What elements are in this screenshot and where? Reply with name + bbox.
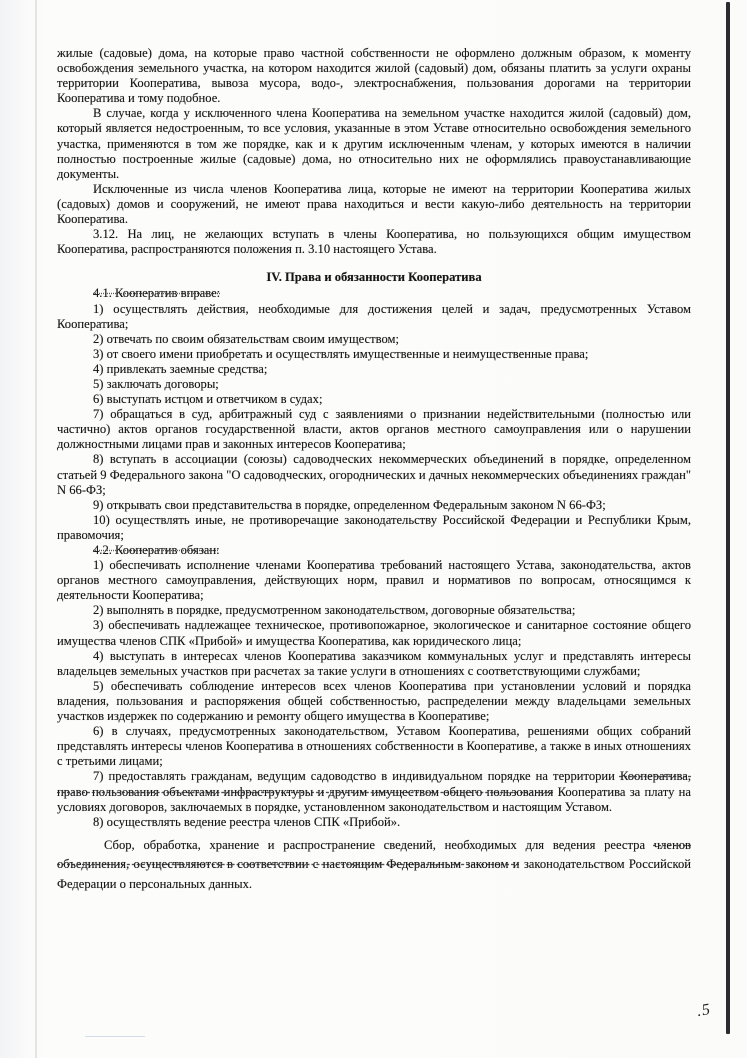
scan-edge-line [726, 2, 730, 1034]
clause-42-label-text: 4.2. Кооператив обязан: [93, 543, 220, 557]
document-text-block: жилые (садовые) дома, на которые право ч… [57, 46, 691, 894]
scanned-document-page: жилые (садовые) дома, на которые право ч… [0, 0, 747, 1058]
list-item: 4) привлекать заемные средства; [57, 362, 691, 377]
scan-crease-line [35, 0, 37, 1058]
clause-41-label: 4.1. Кооператив вправе: [57, 286, 691, 301]
list-item: 7) обращаться в суд, арбитражный суд с з… [57, 407, 691, 452]
paragraph-clause-3-12: 3.12. На лиц, не желающих вступать в чле… [57, 227, 691, 257]
scan-smudge-mark [85, 1036, 145, 1037]
clause-42-label: 4.2. Кооператив обязан: [57, 543, 691, 558]
handwritten-page-number: .5 [696, 1001, 713, 1021]
list-item: 5) обеспечивать соблюдение интересов все… [57, 679, 691, 724]
closing-text-segment: Сбор, обработка, хранение и распростране… [104, 838, 654, 852]
list-item: 10) осуществлять иные, не противоречащие… [57, 513, 691, 543]
list-item: 1) осуществлять действия, необходимые дл… [57, 302, 691, 332]
clause-41-label-text: 4.1. Кооператив вправе: [93, 286, 220, 300]
paragraph: Исключенные из числа членов Кооператива … [57, 182, 691, 227]
paragraph: В случае, когда у исключенного члена Коо… [57, 106, 691, 181]
closing-paragraph: Сбор, обработка, хранение и распростране… [57, 836, 691, 895]
list-item: 2) выполнять в порядке, предусмотренном … [57, 603, 691, 618]
paragraph: жилые (садовые) дома, на которые право ч… [57, 46, 691, 106]
list-item: 3) от своего имени приобретать и осущест… [57, 347, 691, 362]
list-item: 6) выступать истцом и ответчиком в судах… [57, 392, 691, 407]
list-item: 8) осуществлять ведение реестра членов С… [57, 815, 691, 830]
list-item: 1) обеспечивать исполнение членами Коопе… [57, 558, 691, 603]
list-item: 9) открывать свои представительства в по… [57, 498, 691, 513]
list-item: 4) выступать в интересах членов Кооперат… [57, 649, 691, 679]
section-heading: IV. Права и обязанности Кооператива [57, 270, 691, 285]
list-item: 5) заключать договоры; [57, 377, 691, 392]
list-item: 2) отвечать по своим обязательствам свои… [57, 332, 691, 347]
item-text-segment: 7) предоставлять гражданам, ведущим садо… [93, 769, 620, 783]
list-item-with-strike: 7) предоставлять гражданам, ведущим садо… [57, 769, 691, 814]
list-item: 3) обеспечивать надлежащее техническое, … [57, 618, 691, 648]
list-item: 6) в случаях, предусмотренных законодате… [57, 724, 691, 769]
list-item: 8) вступать в ассоциации (союзы) садовод… [57, 452, 691, 497]
